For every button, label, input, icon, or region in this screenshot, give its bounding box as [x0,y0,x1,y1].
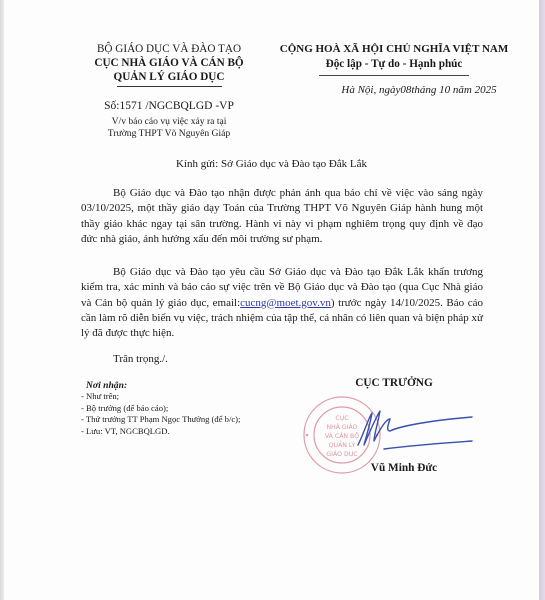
page-right-edge [539,0,545,600]
handwritten-signature-icon [354,405,474,455]
svg-text:GIÁO DỤC: GIÁO DỤC [326,449,357,458]
ministry-name: BỘ GIÁO DỤC VÀ ĐÀO TẠO [64,42,274,56]
subject-line-1: V/v báo cáo vụ việc xảy ra tại [64,116,274,128]
subject-line-2: Trường THPT Võ Nguyên Giáp [64,128,274,140]
reference-label: Số: [104,100,119,112]
nation-name: CỘNG HOÀ XÃ HỘI CHỦ NGHĨA VIỆT NAM [274,42,514,57]
email-link[interactable]: cucng@moet.gov.vn [240,297,331,309]
body-paragraph-1: Bộ Giáo dục và Đào tạo nhận được phản án… [81,186,483,247]
recipient-item: - Như trên; [81,391,240,402]
body-paragraph-2: Bộ Giáo dục và Đào tạo yêu cầu Sở Giáo d… [81,265,483,341]
paragraph-1-text: Bộ Giáo dục và Đào tạo nhận được phản án… [81,186,483,247]
paragraph-2-text: Bộ Giáo dục và Đào tạo yêu cầu Sở Giáo d… [81,265,483,341]
date-line: Hà Nội, ngày08tháng 10 năm 2025 [304,84,534,96]
department-name-line2: QUẢN LÝ GIÁO DỤC [64,70,274,84]
document-page: BỘ GIÁO DỤC VÀ ĐÀO TẠO CỤC NHÀ GIÁO VÀ C… [4,0,539,600]
agency-underline [117,86,222,87]
motto-underline [319,75,469,76]
national-header-block: CỘNG HOÀ XÃ HỘI CHỦ NGHĨA VIỆT NAM Độc l… [274,42,514,76]
department-name-line1: CỤC NHÀ GIÁO VÀ CÁN BỘ [64,56,274,70]
recipient-item: - Lưu: VT, NGCBQLGD. [81,426,240,437]
signer-name: Vũ Minh Đức [344,462,464,474]
reference-number-value: 1571 [119,100,142,112]
recipients-title: Nơi nhận: [81,380,240,391]
closing-salutation: Trân trọng./. [113,353,168,365]
recipient-item: - Thứ trưởng TT Phạm Ngọc Thưởng (để b/c… [81,414,240,425]
svg-text:NHÀ GIÁO: NHÀ GIÁO [326,422,357,431]
addressee-greeting: Kính gửi: Sở Giáo dục và Đào tạo Đắk Lắk [4,158,539,170]
svg-text:QUẢN LÝ: QUẢN LÝ [329,440,356,449]
reference-code: /NGCBQLGD -VP [142,100,233,112]
svg-text:CỤC: CỤC [335,415,348,422]
signer-title: CỤC TRƯỞNG [334,377,454,389]
national-motto: Độc lập - Tự do - Hạnh phúc [274,57,514,72]
issuing-agency-block: BỘ GIÁO DỤC VÀ ĐÀO TẠO CỤC NHÀ GIÁO VÀ C… [64,42,274,87]
recipient-item: - Bộ trưởng (để báo cáo); [81,403,240,414]
recipients-block: Nơi nhận: - Như trên; - Bộ trưởng (để bá… [81,380,240,437]
reference-number: Số:1571 /NGCBQLGD -VP [64,100,274,112]
subject-block: V/v báo cáo vụ việc xảy ra tại Trường TH… [64,116,274,140]
